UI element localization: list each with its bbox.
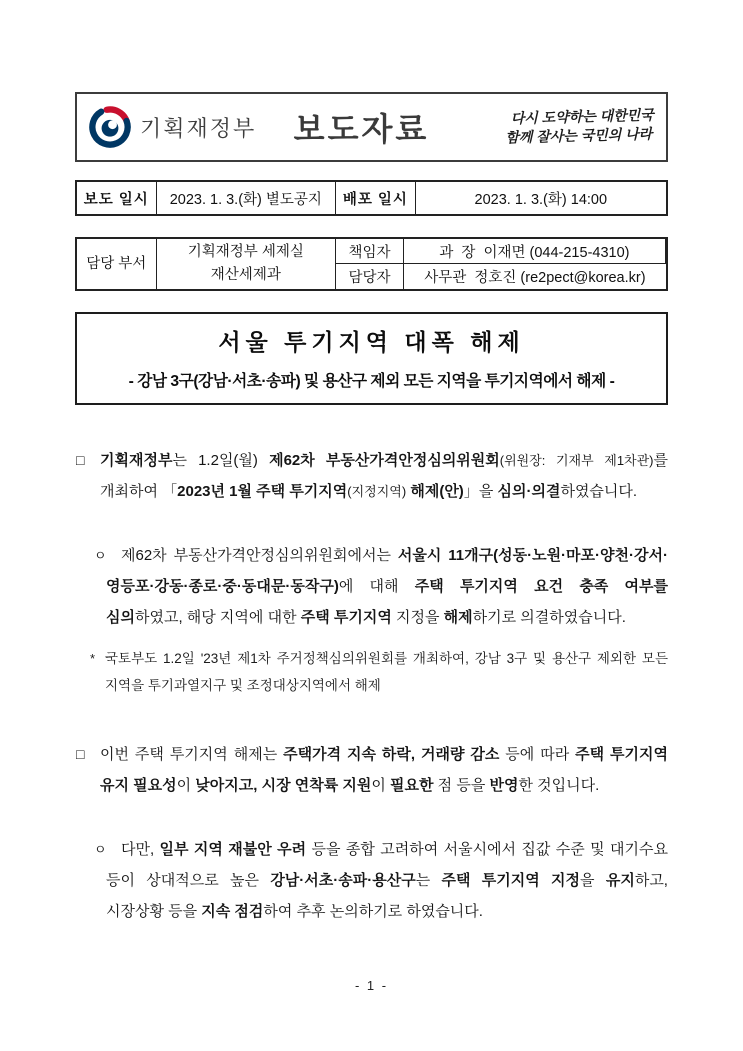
- paragraph-marker: □: [76, 739, 84, 770]
- paragraph-4: ㅇ 다만, 일부 지역 재불안 우려 등을 종합 고려하여 서울시에서 집값 수…: [75, 834, 668, 927]
- paragraph-3: □ 이번 주택 투기지역 해제는 주택가격 지속 하락, 거래량 감소 등에 따…: [75, 739, 668, 801]
- department-line2: 재산세제과: [211, 264, 281, 287]
- paragraph-1: □ 기획재정부는 1.2일(월) 제62차 부동산가격안정심의위원회(위원장: …: [75, 445, 668, 507]
- paragraph-marker: ㅇ: [94, 834, 107, 865]
- footnote-text: 국토부도 1.2일 '23년 제1차 주거정책심의위원회를 개최하여, 강남 3…: [105, 651, 668, 693]
- paragraph-text: 이번 주택 투기지역 해제는 주택가격 지속 하락, 거래량 감소 등에 따라 …: [100, 746, 668, 794]
- slogan-line2: 함께 잘사는 국민의 나라: [464, 125, 654, 149]
- staff-value: 사무관 정호진 (re2pect@korea.kr): [404, 264, 666, 289]
- government-emblem-icon: [89, 106, 131, 148]
- department-value: 기획재정부 세제실 재산세제과: [157, 239, 337, 289]
- paragraph-marker: ㅇ: [94, 540, 107, 571]
- paragraph-text: 다만, 일부 지역 재불안 우려 등을 종합 고려하여 서울시에서 집값 수준 …: [106, 834, 668, 927]
- document-body: □ 기획재정부는 1.2일(월) 제62차 부동산가격안정심의위원회(위원장: …: [75, 445, 668, 927]
- paragraph-text: 기획재정부는 1.2일(월) 제62차 부동산가격안정심의위원회(위원장: 기재…: [100, 452, 668, 500]
- document-type-title: 보도자료: [259, 104, 464, 150]
- header-box: 기획재정부 보도자료 다시 도약하는 대한민국 함께 잘사는 국민의 나라: [75, 92, 668, 162]
- press-release-page: 기획재정부 보도자료 다시 도약하는 대한민국 함께 잘사는 국민의 나라 보도…: [0, 0, 743, 1051]
- headline-subtitle: - 강남 3구(강남·서초·송파) 및 용산구 제외 모든 지역을 투기지역에서…: [87, 368, 656, 391]
- ministry-name: 기획재정부: [140, 112, 256, 143]
- paragraph-text: 제62차 부동산가격안정심의위원회에서는 서울시 11개구(성동·노원·마포·양…: [106, 540, 668, 633]
- staff-label: 담당자: [336, 264, 404, 289]
- headline-box: 서울 투기지역 대폭 해제 - 강남 3구(강남·서초·송파) 및 용산구 제외…: [75, 312, 668, 405]
- government-slogan: 다시 도약하는 대한민국 함께 잘사는 국민의 나라: [464, 106, 655, 149]
- distribute-date-value: 2023. 1. 3.(화) 14:00: [416, 182, 666, 214]
- manager-label: 책임자: [336, 239, 404, 264]
- page-number: - 1 -: [0, 978, 743, 993]
- footnote-marker: *: [90, 645, 95, 672]
- footnote: * 국토부도 1.2일 '23년 제1차 주거정책심의위원회를 개최하여, 강남…: [75, 645, 668, 699]
- department-line1: 기획재정부 세제실: [188, 241, 304, 264]
- distribute-date-label: 배포 일시: [336, 182, 416, 214]
- contact-info-table: 담당 부서 기획재정부 세제실 재산세제과 책임자 과 장 이재면 (044-2…: [75, 237, 668, 291]
- department-label: 담당 부서: [77, 239, 157, 289]
- release-info-table: 보도 일시 2023. 1. 3.(화) 별도공지 배포 일시 2023. 1.…: [75, 180, 668, 216]
- ministry-logo: 기획재정부: [89, 106, 259, 148]
- paragraph-marker: □: [76, 445, 84, 476]
- headline-title: 서울 투기지역 대폭 해제: [81, 324, 662, 357]
- release-date-value: 2023. 1. 3.(화) 별도공지: [157, 182, 337, 214]
- paragraph-2: ㅇ 제62차 부동산가격안정심의위원회에서는 서울시 11개구(성동·노원·마포…: [75, 540, 668, 633]
- release-date-label: 보도 일시: [77, 182, 157, 214]
- manager-value: 과 장 이재면 (044-215-4310): [404, 239, 666, 264]
- slogan-line1: 다시 도약하는 대한민국: [511, 107, 654, 127]
